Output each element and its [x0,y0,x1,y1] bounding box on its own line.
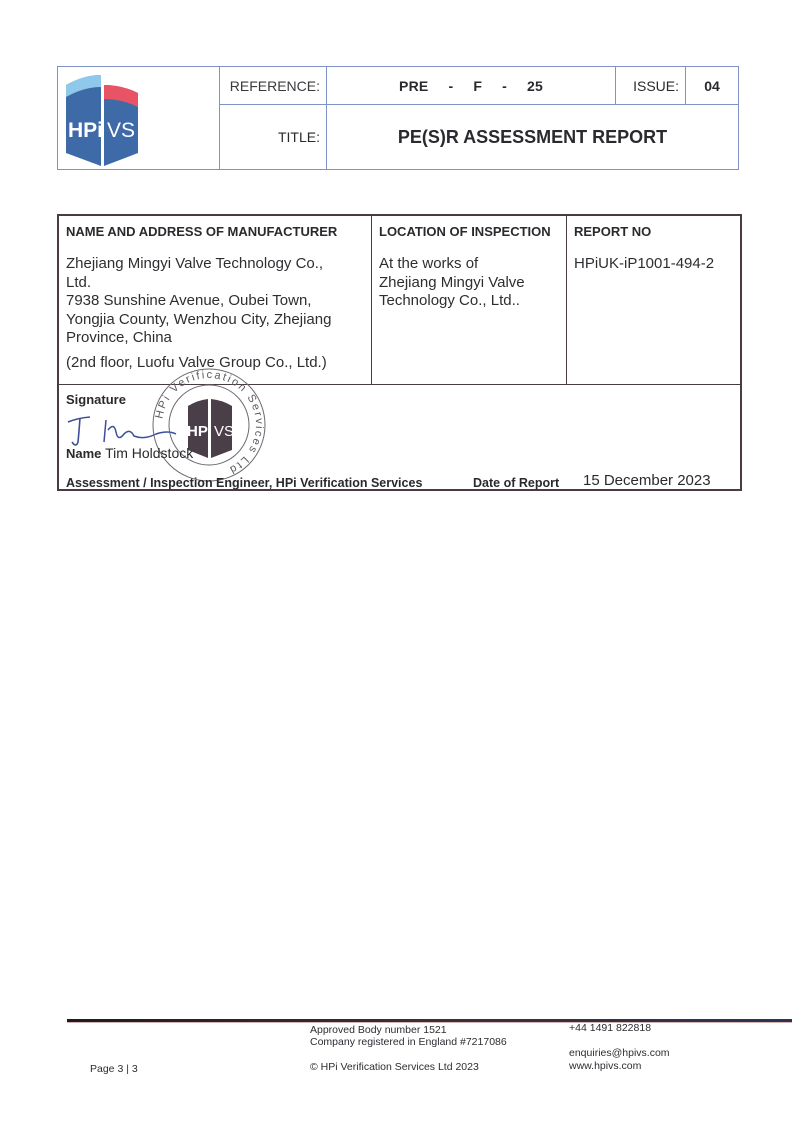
report-number-cell: REPORT NO HPiUK-iP1001-494-2 [567,216,740,384]
reference-value: PRE - F - 25 [327,67,616,105]
document-title: PE(S)R ASSESSMENT REPORT [327,105,738,169]
name-label: Name [66,446,101,461]
svg-text:HPi: HPi [68,119,103,142]
hpivs-logo-icon: HPi VS [64,71,140,167]
reference-separator: - [502,78,507,94]
reference-part: PRE [399,78,428,94]
logo-cell: HPi VS [58,67,220,169]
manufacturer-address: Zhejiang Mingyi Valve Technology Co., Lt… [59,239,371,372]
manufacturer-heading: NAME AND ADDRESS OF MANUFACTURER [59,216,371,239]
location-line: Technology Co., Ltd.. [379,292,566,311]
email-link[interactable]: enquiries@hpivs.com [569,1047,670,1060]
reference-label: REFERENCE: [219,67,327,105]
website-link[interactable]: www.hpivs.com [569,1060,641,1073]
address-line: Yongjia County, Wenzhou City, Zhejiang [66,311,371,330]
reference-separator: - [448,78,453,94]
address-line: Zhejiang Mingyi Valve Technology Co., [66,255,371,274]
engineer-role: Assessment / Inspection Engineer, HPi Ve… [66,476,422,490]
document-header: HPi VS REFERENCE: PRE - F - 25 ISSUE: 04… [57,66,739,170]
phone-number: +44 1491 822818 [569,1022,651,1035]
location-line: Zhejiang Mingyi Valve [379,274,566,293]
address-line: Province, China [66,329,371,348]
date-value: 15 December 2023 [583,472,711,489]
svg-text:VS: VS [107,119,135,142]
title-label: TITLE: [219,105,327,169]
location-line: At the works of [379,255,566,274]
svg-text:HPi: HPi [187,423,212,440]
address-line: 7938 Sunshine Avenue, Oubei Town, [66,292,371,311]
manufacturer-cell: NAME AND ADDRESS OF MANUFACTURER Zhejian… [59,216,372,384]
report-number: HPiUK-iP1001-494-2 [567,239,740,274]
issue-label: ISSUE: [616,67,686,105]
address-line: Ltd. [66,274,371,293]
location-text: At the works of Zhejiang Mingyi Valve Te… [372,239,566,311]
copyright: © HPi Verification Services Ltd 2023 [310,1061,479,1074]
engineer-name: Name Tim Holdstock [66,445,193,461]
signature-label: Signature [66,392,126,407]
date-label: Date of Report [473,476,559,490]
svg-text:VS: VS [214,423,234,440]
footer-divider-accent [67,1022,792,1023]
report-info-table: NAME AND ADDRESS OF MANUFACTURER Zhejian… [57,214,742,491]
location-heading: LOCATION OF INSPECTION [372,216,566,239]
issue-value: 04 [686,67,738,105]
reference-part: F [473,78,482,94]
page-number: Page 3 | 3 [90,1063,138,1076]
company-registration: Company registered in England #7217086 [310,1036,507,1049]
report-number-heading: REPORT NO [567,216,740,239]
company-stamp-icon: HPi Verification Services Ltd HPi VS [150,366,268,484]
name-value: Tim Holdstock [105,445,193,461]
location-cell: LOCATION OF INSPECTION At the works of Z… [372,216,567,384]
reference-part: 25 [527,78,543,94]
